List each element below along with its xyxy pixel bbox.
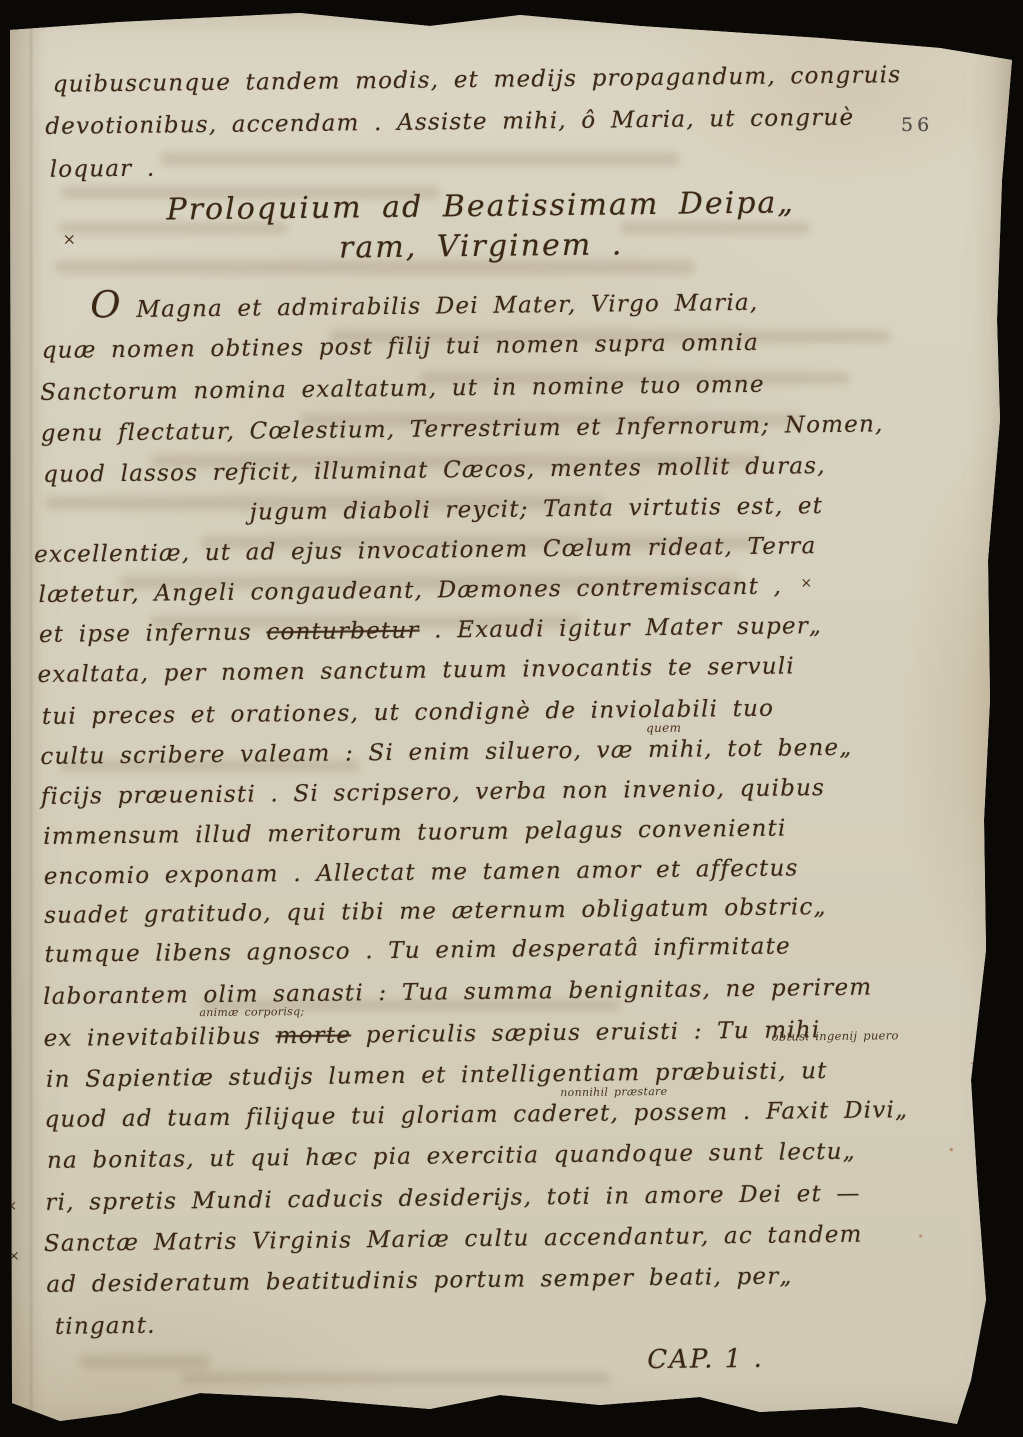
chapter-label: CAP. 1 .	[647, 1344, 764, 1375]
struck-word: morte	[275, 1022, 351, 1049]
manuscript-line: quæ nomen obtines post filij tui nomen s…	[42, 330, 759, 364]
manuscript-line: Sanctorum nomina exaltatum, ut in nomine…	[40, 372, 765, 406]
margin-cross-mark: ×	[62, 230, 76, 249]
manuscript-line: lætetur, Angeli congaudeant, Dæmones con…	[38, 574, 782, 608]
manuscript-line: tumque libens agnosco . Tu enim desperat…	[45, 933, 792, 967]
manuscript-line: cultu scribere valeam : Si enim siluero,…	[40, 735, 852, 770]
line-segment: ex inevitabilibus	[43, 1023, 275, 1052]
manuscript-line: ad desideratum beatitudinis portum sempe…	[46, 1263, 792, 1297]
interlinear-insertion: quem	[646, 721, 681, 735]
manuscript-line: quod lassos reficit, illuminat Cæcos, me…	[43, 453, 826, 488]
margin-cross-mark: ×	[8, 1248, 20, 1264]
manuscript-line: devotionibus, accendam . Assiste mihi, ô…	[45, 105, 854, 140]
margin-cross-mark: ×	[5, 1198, 17, 1214]
manuscript-line-with-strikethrough: ex inevitabilibus morte periculis sæpius…	[43, 1017, 820, 1052]
manuscript-line: ri, spretis Mundi caducis desiderijs, to…	[45, 1181, 861, 1216]
manuscript-line: immensum illud meritorum tuorum pelagus …	[43, 815, 787, 849]
manuscript-line: genu flectatur, Cœlestium, Terrestrium e…	[41, 411, 884, 447]
manuscript-line: quibuscunque tandem modis, et medijs pro…	[53, 62, 902, 98]
manuscript-line: laborantem olim sanasti : Tua summa beni…	[43, 975, 873, 1010]
interlinear-insertion: nonnihil præstare	[560, 1085, 667, 1099]
manuscript-line: jugum diaboli reycit; Tanta virtutis est…	[250, 493, 824, 526]
manuscript-line: quod ad tuam filijque tui gloriam cadere…	[44, 1097, 908, 1133]
manuscript-line: suadet gratitudo, qui tibi me æternum ob…	[44, 894, 827, 929]
manuscript-line: exaltata, per nomen sanctum tuum invocan…	[37, 653, 795, 688]
manuscript-line: loquar .	[50, 156, 156, 183]
interlinear-insertion: animæ corporisq;	[199, 1005, 304, 1019]
manuscript-line: in Sapientiæ studijs lumen et intelligen…	[46, 1058, 828, 1093]
prologue-heading-line-2: ram, Virginem .	[114, 225, 847, 268]
line-segment: et ipse infernus	[39, 619, 267, 648]
margin-note: obtusi ingenij puero	[772, 1028, 899, 1043]
manuscript-line: encomio exponam . Allectat me tamen amor…	[44, 855, 799, 890]
manuscript-line: excellentiæ, ut ad ejus invocationem Cœl…	[34, 533, 817, 568]
manuscript-line: tingant.	[55, 1313, 156, 1340]
line-segment: . Exaudi igitur Mater super„	[419, 613, 822, 644]
manuscript-line-with-strikethrough: et ipse infernus conturbetur . Exaudi ig…	[39, 613, 822, 648]
manuscript-line: ficijs præuenisti . Si scripsero, verba …	[41, 775, 825, 810]
manuscript-line: Sanctæ Matris Virginis Mariæ cultu accen…	[44, 1222, 863, 1257]
line-segment: periculis sæpius eruisti : Tu mihi	[351, 1017, 821, 1048]
struck-word: conturbetur	[266, 618, 419, 646]
margin-squiggle-mark: ×	[800, 575, 812, 591]
manuscript-line: O Magna et admirabilis Dei Mater, Virgo …	[90, 284, 758, 324]
manuscript-text: quibuscunque tandem modis, et medijs pro…	[0, 0, 1023, 1437]
manuscript-page: 56 quibuscunque tandem modis, et medijs …	[0, 0, 1023, 1437]
prologue-heading-line-1: Proloquium ad Beatissimam Deipa„	[114, 185, 847, 228]
manuscript-line: na bonitas, ut qui hæc pia exercitia qua…	[47, 1139, 856, 1174]
